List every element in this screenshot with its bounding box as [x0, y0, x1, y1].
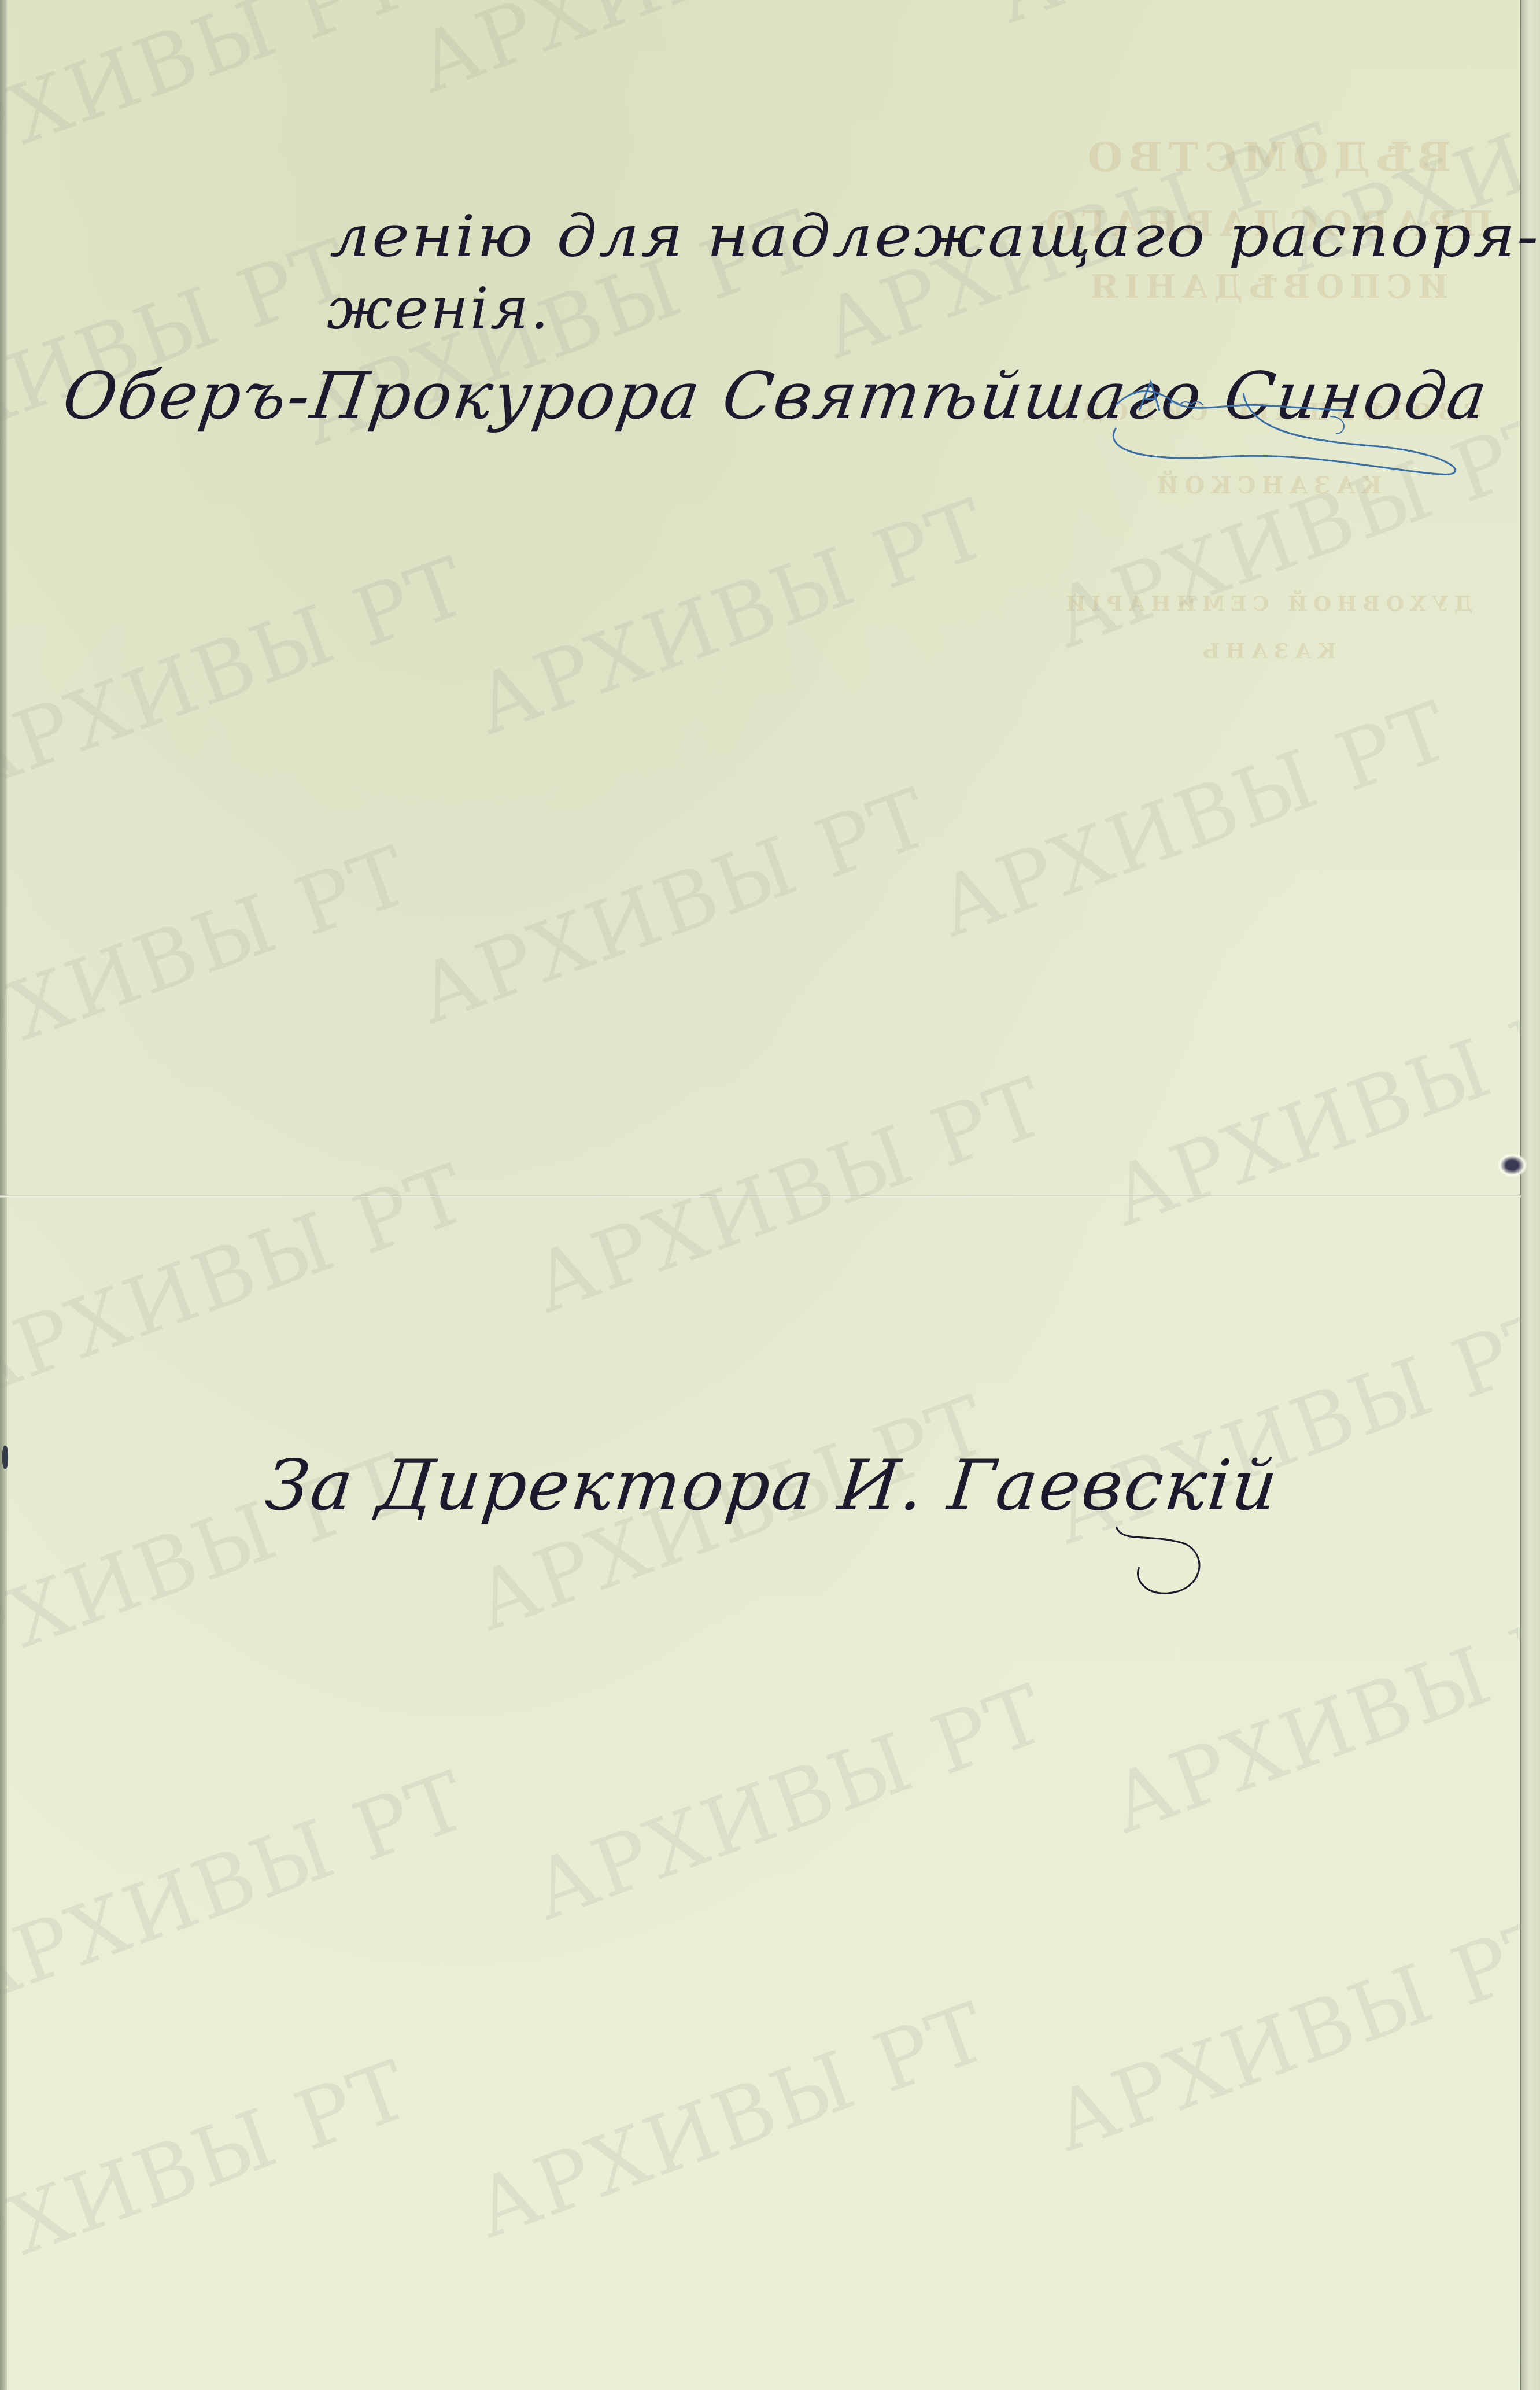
letterhead-line: ИСПОВѢДАНІЯ	[1029, 268, 1504, 306]
letterhead-line: ВѢДОМСТВО	[1029, 133, 1504, 181]
handwritten-line-2: женія.	[327, 275, 551, 342]
signature-flourish	[1099, 1521, 1214, 1602]
fold-crease	[0, 1195, 1521, 1198]
watermark: АРХИВЫ РТ	[405, 770, 943, 1043]
watermark: АРХИВЫ РТ	[1099, 973, 1521, 1245]
ink-mark	[2, 1446, 8, 1469]
letterhead-line: ДУХОВНОЙ СЕМИНАРІИ	[1029, 592, 1504, 616]
watermark: АРХИВЫ РТ	[0, 539, 480, 811]
watermark: АРХИВЫ РТ	[1041, 1898, 1521, 2170]
watermark: АРХИВЫ РТ	[520, 1667, 1058, 1939]
document-page: ВѢДОМСТВО ПРАВОСЛАВНАГО ИСПОВѢДАНІЯ СВЯТ…	[0, 0, 1521, 2390]
watermark: АРХИВЫ РТ	[0, 1753, 480, 2026]
watermark: АРХИВЫ РТ	[463, 481, 1000, 753]
watermark: АРХИВЫ РТ	[0, 2042, 422, 2315]
watermark: АРХИВЫ РТ	[405, 0, 943, 112]
watermark: АРХИВЫ РТ	[1099, 1580, 1521, 1852]
handwritten-line-1: ленію для надлежащаго распоря-	[330, 203, 1540, 269]
watermark: АРХИВЫ РТ	[0, 0, 422, 204]
closing-signature-line: За Директора И. Гаевскій	[262, 1446, 1283, 1526]
edge-tear	[1498, 1154, 1527, 1177]
page-right-edge	[1520, 0, 1540, 2390]
letterhead-line: КАЗАНЬ	[1029, 639, 1504, 663]
blue-ink-signature	[1105, 370, 1480, 486]
watermark: АРХИВЫ РТ	[983, 0, 1521, 42]
watermark: АРХИВЫ РТ	[0, 221, 364, 493]
watermark: АРХИВЫ РТ	[0, 828, 422, 1100]
watermark: АРХИВЫ РТ	[463, 1985, 1000, 2257]
watermark: АРХИВЫ РТ	[0, 1146, 480, 1419]
watermark: АРХИВЫ РТ	[925, 684, 1463, 956]
